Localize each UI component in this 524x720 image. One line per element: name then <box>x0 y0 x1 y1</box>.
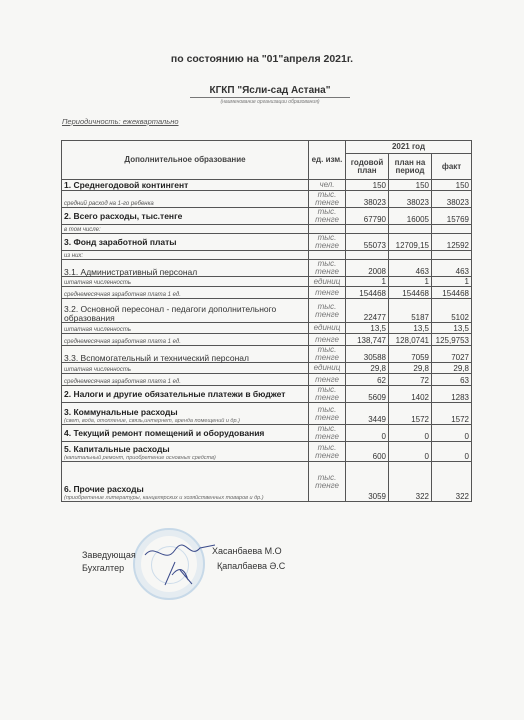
row-unit: тенге <box>309 287 346 299</box>
row-label: из них: <box>64 253 83 259</box>
cell-period: 5187 <box>389 299 432 323</box>
cell-annual <box>346 251 389 260</box>
table-row: 3.1. Административный персоналтыс. тенге… <box>62 260 472 277</box>
header-year: 2021 год <box>346 141 472 154</box>
row-unit: тыс. тенге <box>309 299 346 323</box>
row-unit: тенге <box>309 374 346 386</box>
cell-fact <box>432 251 472 260</box>
table-row: штатная численностьединиц29,829,829,8 <box>62 363 472 374</box>
row-name: штатная численность <box>62 277 309 287</box>
row-label: 5. Капитальные расходы <box>64 444 170 454</box>
cell-period: 29,8 <box>389 363 432 374</box>
row-unit: единиц <box>309 323 346 334</box>
cell-annual: 154468 <box>346 287 389 299</box>
row-unit: тыс. тенге <box>309 260 346 277</box>
cell-period: 1572 <box>389 403 432 425</box>
table-row: среднемесячная заработная плата 1 ед.тен… <box>62 334 472 346</box>
cell-period: 7059 <box>389 346 432 363</box>
row-unit: тенге <box>309 334 346 346</box>
row-name: 3.2. Основной пересонал - педагоги допол… <box>62 299 309 323</box>
row-label: 3.1. Административный персонал <box>64 267 197 277</box>
accountant-title: Бухгалтер <box>82 563 124 573</box>
row-label: 3. Коммунальные расходы <box>64 407 178 417</box>
periodicity-label: Периодичность: ежеквартально <box>62 117 179 126</box>
header-fact: факт <box>432 154 472 180</box>
cell-fact: 0 <box>432 442 472 462</box>
row-unit: тыс. тенге <box>309 208 346 225</box>
cell-annual: 29,8 <box>346 363 389 374</box>
cell-annual: 30588 <box>346 346 389 363</box>
table-row: штатная численностьединиц13,513,513,5 <box>62 323 472 334</box>
head-title: Заведующая <box>82 550 136 560</box>
cell-fact: 7027 <box>432 346 472 363</box>
cell-annual: 150 <box>346 180 389 191</box>
cell-fact: 1572 <box>432 403 472 425</box>
cell-annual: 62 <box>346 374 389 386</box>
row-name: 3. Коммунальные расходы(свет, вода, отоп… <box>62 403 309 425</box>
row-name: среднемесячная заработная плата 1 ед. <box>62 334 309 346</box>
row-label: среднемесячная заработная плата 1 ед. <box>64 339 181 345</box>
table-row: 6. Прочие расходы(приобретение литератур… <box>62 462 472 502</box>
accountant-name: Қапалбаева Ә.С <box>217 561 285 571</box>
cell-fact: 0 <box>432 425 472 442</box>
cell-fact: 150 <box>432 180 472 191</box>
cell-fact: 12592 <box>432 234 472 251</box>
cell-fact: 1283 <box>432 386 472 403</box>
cell-annual: 2008 <box>346 260 389 277</box>
organization-name: КГКП "Ясли-сад Астана" <box>190 85 350 98</box>
cell-period: 0 <box>389 442 432 462</box>
cell-fact: 154468 <box>432 287 472 299</box>
row-label: штатная численность <box>64 327 131 333</box>
row-label: средний расход на 1-го ребенка <box>64 201 154 207</box>
cell-annual: 38023 <box>346 191 389 208</box>
cell-fact: 15769 <box>432 208 472 225</box>
cell-period: 128,0741 <box>389 334 432 346</box>
row-note: (приобретение литературы, канцелярских и… <box>64 496 306 502</box>
table-row: 1. Среднегодовой контингентчел.150150150 <box>62 180 472 191</box>
row-label: штатная численность <box>64 280 131 286</box>
cell-fact: 13,5 <box>432 323 472 334</box>
cell-fact: 63 <box>432 374 472 386</box>
cell-annual: 600 <box>346 442 389 462</box>
row-name: штатная численность <box>62 363 309 374</box>
row-label: 6. Прочие расходы <box>64 484 144 494</box>
cell-fact: 463 <box>432 260 472 277</box>
row-unit: тыс. тенге <box>309 425 346 442</box>
cell-fact: 322 <box>432 462 472 502</box>
row-label: 1. Среднегодовой контингент <box>64 180 188 190</box>
row-label: в том числе: <box>64 227 101 233</box>
cell-fact: 29,8 <box>432 363 472 374</box>
row-label: среднемесячная заработная плата 1 ед. <box>64 379 181 385</box>
cell-annual: 0 <box>346 425 389 442</box>
cell-period: 16005 <box>389 208 432 225</box>
row-name: 6. Прочие расходы(приобретение литератур… <box>62 462 309 502</box>
expenses-table: Дополнительное образование ед. изм. 2021… <box>61 140 472 502</box>
row-name: среднемесячная заработная плата 1 ед. <box>62 287 309 299</box>
row-name: 2. Всего расходы, тыс.тенге <box>62 208 309 225</box>
row-name: 3.1. Административный персонал <box>62 260 309 277</box>
row-name: 2. Налоги и другие обязательные платежи … <box>62 386 309 403</box>
table-row: в том числе: <box>62 225 472 234</box>
header-name: Дополнительное образование <box>62 141 309 180</box>
cell-annual: 67790 <box>346 208 389 225</box>
header-annual-plan: годовой план <box>346 154 389 180</box>
row-label: среднемесячная заработная плата 1 ед. <box>64 292 181 298</box>
row-label: 3.2. Основной пересонал - педагоги допол… <box>64 304 276 323</box>
row-name: в том числе: <box>62 225 309 234</box>
table-row: 3. Фонд заработной платытыс. тенге550731… <box>62 234 472 251</box>
row-unit: тыс. тенге <box>309 386 346 403</box>
table-row: среднемесячная заработная плата 1 ед.тен… <box>62 287 472 299</box>
cell-period: 72 <box>389 374 432 386</box>
table-row: 3.3. Вспомогательный и технический персо… <box>62 346 472 363</box>
row-name: 3.3. Вспомогательный и технический персо… <box>62 346 309 363</box>
row-name: 1. Среднегодовой контингент <box>62 180 309 191</box>
row-note: (свет, вода, отопление, связь,интернет, … <box>64 419 306 425</box>
row-name: средний расход на 1-го ребенка <box>62 191 309 208</box>
cell-period: 12709,15 <box>389 234 432 251</box>
organization-note: (наименование организации образования) <box>190 99 350 105</box>
cell-annual: 55073 <box>346 234 389 251</box>
row-name: 5. Капитальные расходы(капитальный ремон… <box>62 442 309 462</box>
table-body: 1. Среднегодовой контингентчел.150150150… <box>62 180 472 502</box>
row-name: среднемесячная заработная плата 1 ед. <box>62 374 309 386</box>
cell-annual: 1 <box>346 277 389 287</box>
row-note: (капитальный ремонт, приобретение основн… <box>64 456 306 462</box>
cell-period: 0 <box>389 425 432 442</box>
table-row: штатная численностьединиц111 <box>62 277 472 287</box>
cell-period: 13,5 <box>389 323 432 334</box>
table-row: 2. Всего расходы, тыс.тенгетыс. тенге677… <box>62 208 472 225</box>
table-row: из них: <box>62 251 472 260</box>
table-row: 2. Налоги и другие обязательные платежи … <box>62 386 472 403</box>
row-name: 4. Текущий ремонт помещений и оборудован… <box>62 425 309 442</box>
cell-annual: 5609 <box>346 386 389 403</box>
cell-fact: 5102 <box>432 299 472 323</box>
table-row: средний расход на 1-го ребенкатыс. тенге… <box>62 191 472 208</box>
cell-annual: 3449 <box>346 403 389 425</box>
row-label: 2. Всего расходы, тыс.тенге <box>64 211 182 221</box>
report-date-title: по состоянию на "01"апреля 2021г. <box>0 53 524 65</box>
row-name: штатная численность <box>62 323 309 334</box>
head-name: Хасанбаева М.О <box>212 546 282 556</box>
cell-annual: 138,747 <box>346 334 389 346</box>
cell-annual: 13,5 <box>346 323 389 334</box>
cell-period: 38023 <box>389 191 432 208</box>
row-label: 3.3. Вспомогательный и технический персо… <box>64 353 249 363</box>
cell-period: 154468 <box>389 287 432 299</box>
row-unit: единиц <box>309 277 346 287</box>
cell-period: 1 <box>389 277 432 287</box>
header-period-plan: план на период <box>389 154 432 180</box>
cell-annual <box>346 225 389 234</box>
table-row: 5. Капитальные расходы(капитальный ремон… <box>62 442 472 462</box>
row-name: из них: <box>62 251 309 260</box>
cell-period <box>389 251 432 260</box>
row-label: штатная численность <box>64 367 131 373</box>
cell-fact <box>432 225 472 234</box>
cell-period <box>389 225 432 234</box>
header-unit: ед. изм. <box>309 141 346 180</box>
row-unit: тыс. тенге <box>309 442 346 462</box>
cell-period: 1402 <box>389 386 432 403</box>
cell-fact: 1 <box>432 277 472 287</box>
table-row: 3.2. Основной пересонал - педагоги допол… <box>62 299 472 323</box>
row-unit: тыс. тенге <box>309 462 346 502</box>
cell-fact: 125,9753 <box>432 334 472 346</box>
cell-period: 150 <box>389 180 432 191</box>
row-unit: единиц <box>309 363 346 374</box>
row-unit: тыс. тенге <box>309 403 346 425</box>
row-label: 4. Текущий ремонт помещений и оборудован… <box>64 428 264 438</box>
table-row: 4. Текущий ремонт помещений и оборудован… <box>62 425 472 442</box>
table-row: 3. Коммунальные расходы(свет, вода, отоп… <box>62 403 472 425</box>
signature-icon <box>140 540 220 590</box>
row-unit: чел. <box>309 180 346 191</box>
row-label: 2. Налоги и другие обязательные платежи … <box>64 389 285 399</box>
row-unit: тыс. тенге <box>309 191 346 208</box>
row-unit: тыс. тенге <box>309 234 346 251</box>
row-name: 3. Фонд заработной платы <box>62 234 309 251</box>
table-row: среднемесячная заработная плата 1 ед.тен… <box>62 374 472 386</box>
cell-annual: 3059 <box>346 462 389 502</box>
cell-fact: 38023 <box>432 191 472 208</box>
cell-annual: 22477 <box>346 299 389 323</box>
row-label: 3. Фонд заработной платы <box>64 237 177 247</box>
cell-period: 322 <box>389 462 432 502</box>
row-unit: тыс. тенге <box>309 346 346 363</box>
cell-period: 463 <box>389 260 432 277</box>
